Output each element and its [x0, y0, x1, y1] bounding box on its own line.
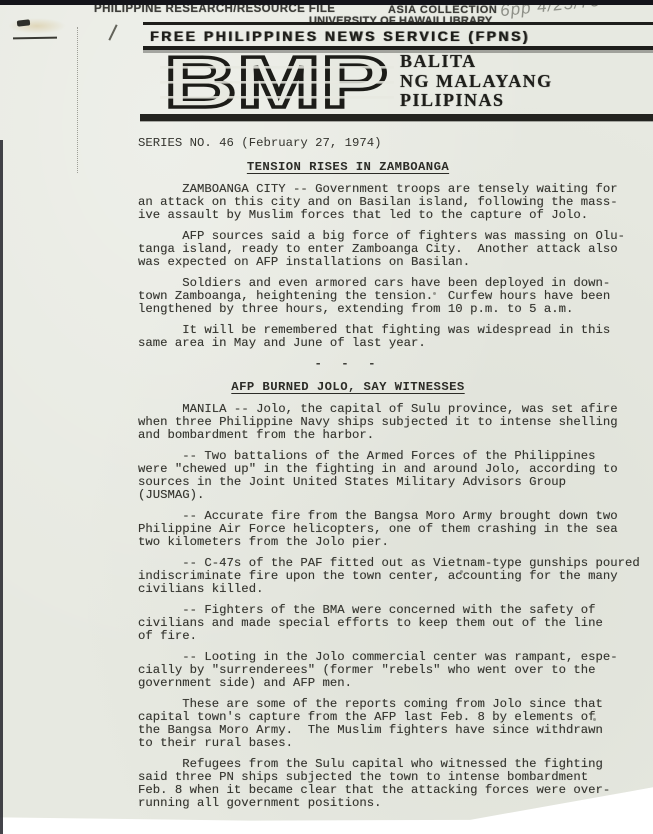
article-paragraph: ZAMBOANGA CITY -- Government troops are …: [138, 183, 652, 222]
article-tension-rises-in-zamboanga: TENSION RISES IN ZAMBOANGA ZAMBOANGA CIT…: [138, 161, 652, 350]
article-paragraph: -- C-47s of the PAF fitted out as Vietna…: [138, 557, 652, 596]
masthead-banner-title: FREE PHILIPPINES NEWS SERVICE (FPNS): [148, 28, 532, 44]
article-paragraph: -- Fighters of the BMA were concerned wi…: [138, 604, 652, 643]
stencil-slit: [160, 96, 394, 99]
stencil-slit: [160, 81, 394, 84]
masthead-bottom-bar: [140, 114, 653, 121]
article-paragraph: -- Accurate fire from the Bangsa Moro Ar…: [138, 510, 652, 549]
series-line: SERIES NO. 46 (February 27, 1974): [138, 137, 652, 150]
scanned-paper-sheet: PHILIPPINE RESEARCH/RESOURCE FILE ASIA C…: [0, 0, 653, 834]
article-paragraph: -- Two battalions of the Armed Forces of…: [138, 450, 652, 502]
bmp-logo: BMP: [160, 51, 394, 115]
article-paragraph: MANILA -- Jolo, the capital of Sulu prov…: [138, 403, 652, 442]
stencil-slit: [160, 66, 394, 69]
masthead-rule-top: [143, 22, 653, 25]
pencil-check-mark: [108, 24, 117, 40]
article-headline: TENSION RISES IN ZAMBOANGA: [138, 161, 558, 174]
scan-edge-left: [0, 140, 3, 834]
logo-subtitle-line-2: NG MALAYANG: [400, 72, 553, 92]
article-paragraph: -- Looting in the Jolo commercial center…: [138, 651, 652, 690]
article-headline: AFP BURNED JOLO, SAY WITNESSES: [138, 381, 558, 394]
section-separator: - - -: [138, 358, 558, 371]
article-paragraph: These are some of the reports coming fro…: [138, 698, 652, 750]
article-paragraph: AFP sources said a big force of fighters…: [138, 230, 652, 269]
paper-crease-line: [77, 27, 78, 173]
article-paragraph: Refugees from the Sulu capital who witne…: [138, 758, 652, 810]
masthead-rule-middle: [143, 46, 653, 50]
logo-subtitle-line-1: BALITA: [400, 52, 553, 72]
article-paragraph: Soldiers and even armored cars have been…: [138, 277, 652, 316]
logo-subtitle-line-3: PILIPINAS: [400, 91, 553, 111]
article-afp-burned-jolo: AFP BURNED JOLO, SAY WITNESSES MANILA --…: [138, 381, 652, 810]
pen-line-mark: [13, 37, 57, 40]
logo-subtitle: BALITA NG MALAYANG PILIPINAS: [400, 52, 553, 111]
document-body: SERIES NO. 46 (February 27, 1974) TENSIO…: [138, 137, 652, 818]
university-library-stamp: UNIVERSITY OF HAWAII LIBRARY: [309, 15, 492, 27]
scan-edge-top: [0, 0, 653, 5]
article-paragraph: It will be remembered that fighting was …: [138, 324, 652, 350]
